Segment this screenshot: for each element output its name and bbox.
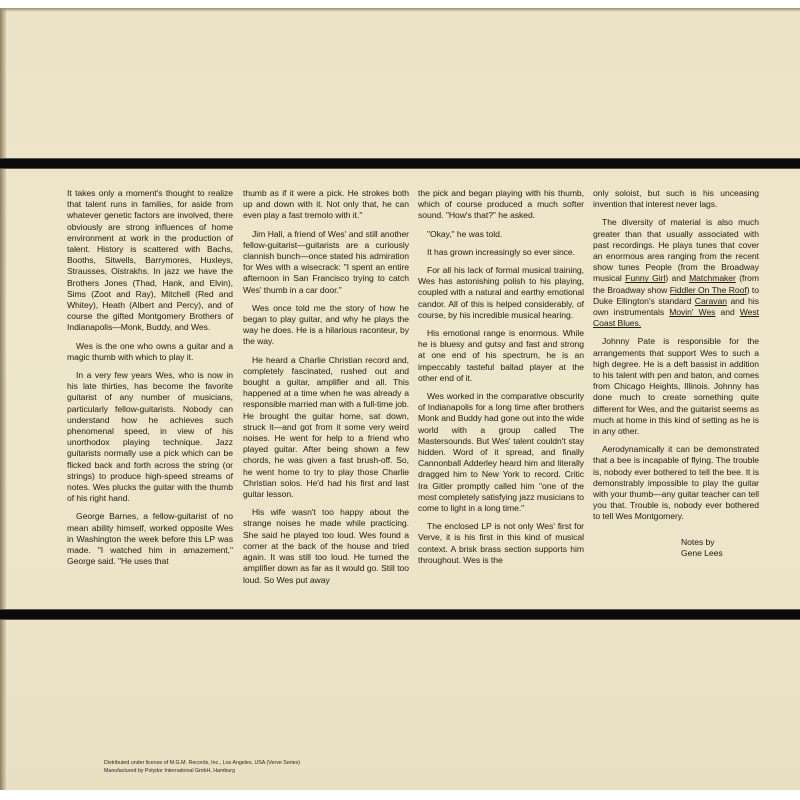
paragraph: It takes only a moment's thought to real… (67, 188, 233, 334)
song-title: Movin' Wes (669, 307, 715, 317)
credit-author: Gene Lees (681, 548, 759, 560)
paragraph: only soloist, but such is his unceasing … (593, 188, 759, 210)
paragraph: the pick and began playing with his thum… (418, 188, 584, 222)
paragraph: The enclosed LP is not only Wes' first f… (418, 521, 584, 566)
notes-credit: Notes by Gene Lees (593, 537, 759, 560)
paragraph: Jim Hall, a friend of Wes' and still ano… (243, 229, 409, 296)
liner-notes-page: It takes only a moment's thought to real… (0, 8, 800, 790)
column-4: only soloist, but such is his unceasing … (593, 188, 759, 560)
paragraph: "Okay," he was told. (418, 229, 584, 240)
paragraph: His emotional range is enormous. While h… (418, 328, 584, 384)
paragraph: He heard a Charlie Christian record and,… (243, 355, 409, 501)
page-top-shadow (0, 8, 800, 12)
paragraph: His wife wasn't too happy about the stra… (243, 507, 409, 585)
page-spine-edge (0, 8, 6, 790)
credit-label: Notes by (681, 537, 759, 549)
footer-distribution: Distributed under license of M.G.M. Reco… (104, 759, 300, 767)
bottom-black-rule (0, 610, 800, 619)
column-1: It takes only a moment's thought to real… (67, 188, 233, 575)
song-title: Matchmaker (689, 273, 736, 283)
legal-footer: Distributed under license of M.G.M. Reco… (104, 759, 300, 775)
text-run: ) and (665, 273, 689, 283)
footer-manufacturer: Manufactured by Polydor International Gm… (104, 767, 300, 775)
paragraph: In a very few years Wes, who is now in h… (67, 370, 233, 504)
diversity-paragraph: The diversity of material is also much g… (593, 217, 759, 329)
paragraph: Wes worked in the comparative obscurity … (418, 391, 584, 514)
paragraph: Aerodynamically it can be demonstrated t… (593, 444, 759, 522)
top-black-rule (0, 159, 800, 168)
show-title: Fiddler On The Roof (670, 285, 747, 295)
column-2: thumb as if it were a pick. He strokes b… (243, 188, 409, 593)
paragraph: Wes once told me the story of how he beg… (243, 303, 409, 348)
song-title: Caravan (695, 296, 727, 306)
column-3: the pick and began playing with his thum… (418, 188, 584, 573)
paragraph: Johnny Pate is responsible for the arran… (593, 336, 759, 437)
album-title: Funny Girl (625, 273, 665, 283)
paragraph: thumb as if it were a pick. He strokes b… (243, 188, 409, 222)
paragraph: George Barnes, a fellow-guitarist of no … (67, 511, 233, 567)
paragraph: Wes is the one who owns a guitar and a m… (67, 341, 233, 363)
paragraph: It has grown increasingly so ever since. (418, 247, 584, 258)
paragraph: For all his lack of formal musical train… (418, 265, 584, 321)
text-columns: It takes only a moment's thought to real… (67, 188, 767, 608)
text-run: and (715, 307, 739, 317)
